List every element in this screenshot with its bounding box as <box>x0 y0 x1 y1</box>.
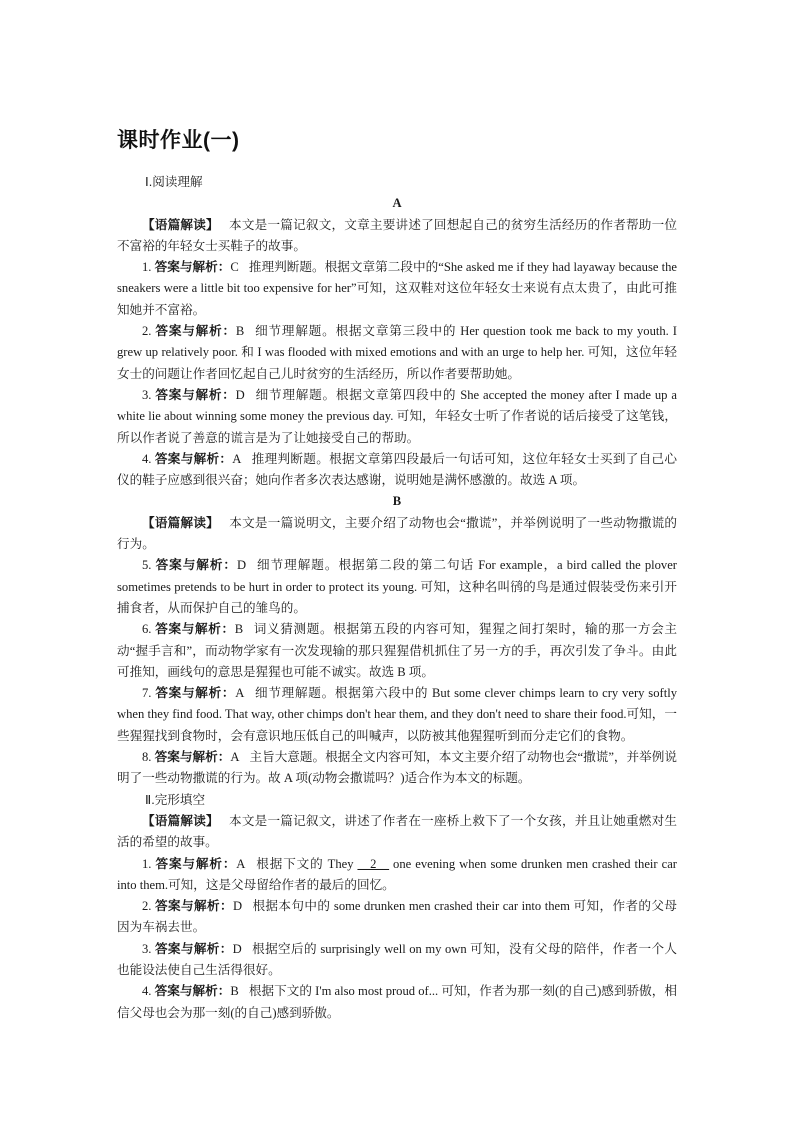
section-heading-cloze: Ⅱ.完形填空 <box>117 790 677 811</box>
answer-item: 3. 答案与解析：D根据空后的 surprisingly well on my … <box>117 939 677 982</box>
answer-label: 答案与解析： <box>155 260 231 274</box>
answer-choice: B <box>230 984 238 998</box>
answer-choice: A <box>236 857 245 871</box>
passage-letter-b: B <box>117 491 677 512</box>
answer-item: 1. 答案与解析：A根据下文的 They __2__ one evening w… <box>117 854 677 897</box>
answer-label: 答案与解析： <box>155 686 235 700</box>
answer-choice: D <box>237 558 246 572</box>
blank-marker: __2__ <box>358 857 389 871</box>
answer-label: 答案与解析： <box>155 452 232 466</box>
document-body: Ⅰ.阅读理解 A 【语篇解读】本文是一篇记叙文，文章主要讲述了回想起自己的贫穷生… <box>117 172 677 1024</box>
passage-intro: 【语篇解读】本文是一篇记叙文，文章主要讲述了回想起自己的贫穷生活经历的作者帮助一… <box>117 215 677 258</box>
answer-label: 答案与解析： <box>155 857 236 871</box>
answer-item: 4. 答案与解析：B根据下文的 I'm also most proud of..… <box>117 981 677 1024</box>
answer-item: 2. 答案与解析：D根据本句中的 some drunken men crashe… <box>117 896 677 939</box>
answer-item: 7. 答案与解析：A细节理解题。根据第六段中的 But some clever … <box>117 683 677 747</box>
page-title: 课时作业(一) <box>117 124 240 154</box>
answer-label: 答案与解析： <box>155 750 231 764</box>
answer-item: 5. 答案与解析：D细节理解题。根据第二段的第二句话 For example，a… <box>117 555 677 619</box>
answer-choice: C <box>230 260 238 274</box>
answer-choice: B <box>236 324 244 338</box>
answer-explanation: 根据下文的 They <box>255 857 357 871</box>
answer-label: 答案与解析： <box>155 899 233 913</box>
answer-choice: A <box>235 686 244 700</box>
answer-label: 答案与解析： <box>155 388 235 402</box>
answer-label: 答案与解析： <box>155 622 234 636</box>
answer-choice: D <box>233 942 242 956</box>
passage-intro: 【语篇解读】本文是一篇记叙文，讲述了作者在一座桥上救下了一个女孩，并且让她重燃对… <box>117 811 677 854</box>
intro-label: 【语篇解读】 <box>142 218 219 232</box>
passage-intro: 【语篇解读】本文是一篇说明文，主要介绍了动物也会“撒谎”，并举例说明了一些动物撒… <box>117 513 677 556</box>
answer-choice: A <box>232 452 241 466</box>
answer-label: 答案与解析： <box>156 558 237 572</box>
answer-item: 2. 答案与解析：B细节理解题。根据文章第三段中的 Her question t… <box>117 321 677 385</box>
answer-item: 6. 答案与解析：B词义猜测题。根据第五段的内容可知，猩猩之间打架时，输的那一方… <box>117 619 677 683</box>
answer-choice: D <box>233 899 242 913</box>
answer-item: 4. 答案与解析：A推理判断题。根据文章第四段最后一句话可知，这位年轻女士买到了… <box>117 449 677 492</box>
intro-label: 【语篇解读】 <box>142 516 219 530</box>
answer-label: 答案与解析： <box>155 324 235 338</box>
answer-label: 答案与解析： <box>155 984 231 998</box>
answer-item: 3. 答案与解析：D细节理解题。根据文章第四段中的 She accepted t… <box>117 385 677 449</box>
section-heading-reading: Ⅰ.阅读理解 <box>117 172 677 193</box>
answer-item: 8. 答案与解析：A主旨大意题。根据全文内容可知，本文主要介绍了动物也会“撒谎”… <box>117 747 677 790</box>
intro-label: 【语篇解读】 <box>142 814 219 828</box>
answer-label: 答案与解析： <box>155 942 233 956</box>
answer-choice: A <box>230 750 239 764</box>
answer-choice: B <box>235 622 243 636</box>
passage-letter-a: A <box>117 193 677 214</box>
answer-item: 1. 答案与解析：C推理判断题。根据文章第二段中的“She asked me i… <box>117 257 677 321</box>
answer-choice: D <box>236 388 245 402</box>
